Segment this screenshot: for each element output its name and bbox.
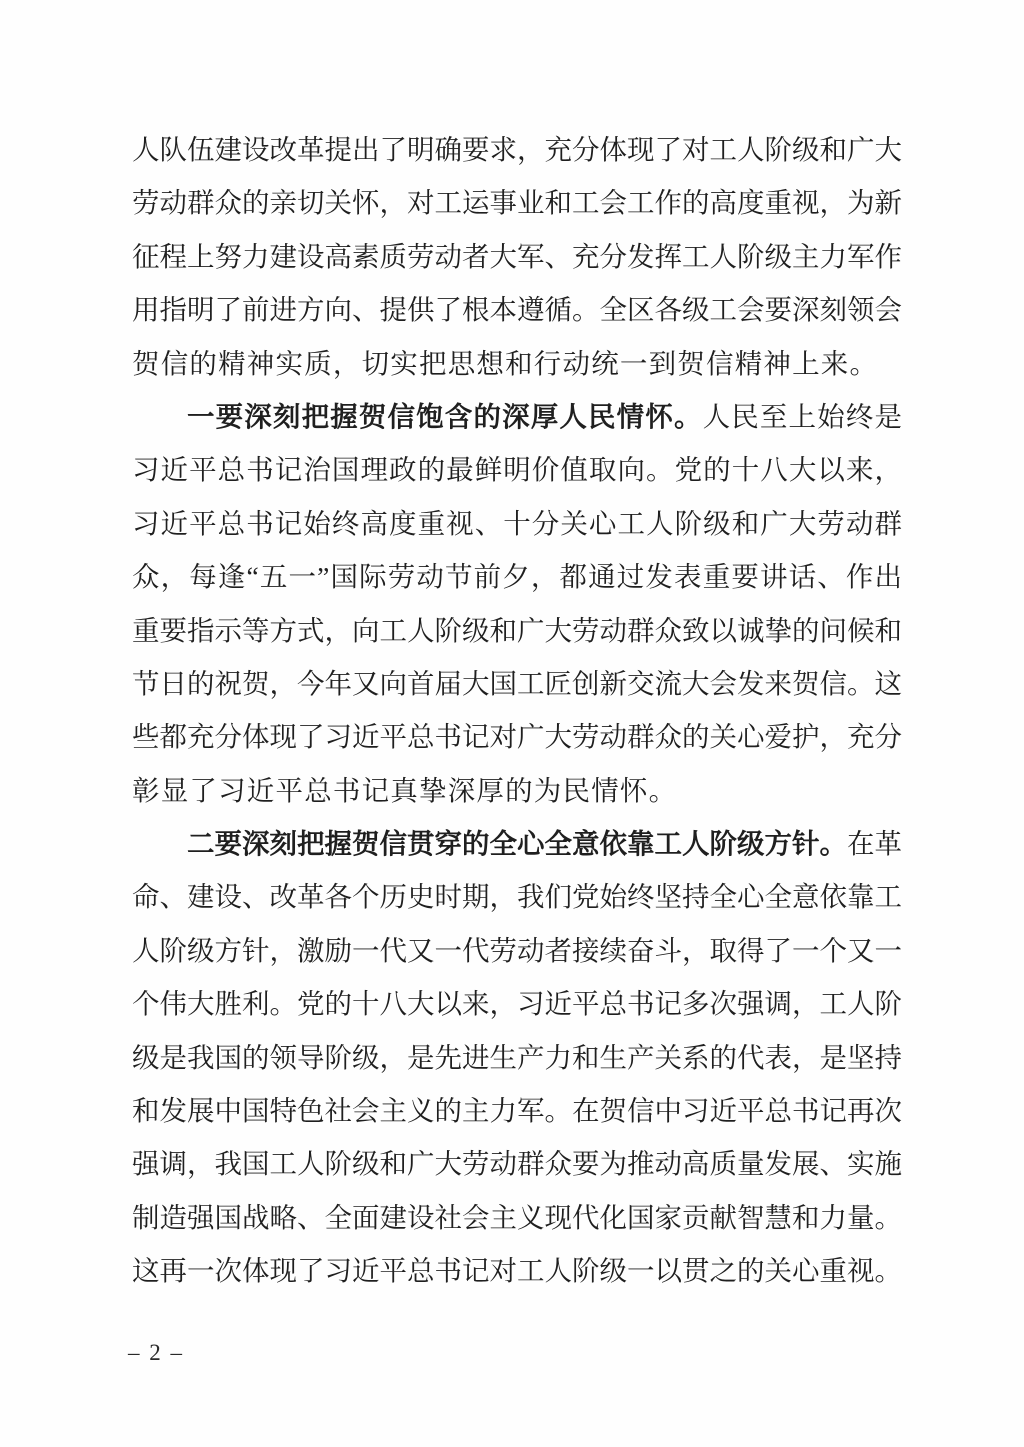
text-line: 重要指示等方式，向工人阶级和广大劳动群众致以诚挚的问候和	[132, 604, 902, 657]
body-text: 级是我国的领导阶级，是先进生产力和生产关系的代表，是坚持	[132, 1042, 902, 1073]
text-line: 习近平总书记始终高度重视、十分关心工人阶级和广大劳动群	[132, 497, 902, 550]
body-text: 众，每逢“五一”国际劳动节前夕，都通过发表重要讲话、作出	[132, 561, 902, 592]
body-text: 人民至上始终是	[703, 401, 902, 432]
document-page: 人队伍建设改革提出了明确要求，充分体现了对工人阶级和广大劳动群众的亲切关怀，对工…	[0, 0, 1024, 1447]
body-text: 和发展中国特色社会主义的主力军。在贺信中习近平总书记再次	[132, 1095, 902, 1126]
body-text: 人队伍建设改革提出了明确要求，充分体现了对工人阶级和广大	[132, 134, 902, 165]
text-line: 二要深刻把握贺信贯穿的全心全意依靠工人阶级方针。在革	[132, 817, 902, 870]
document-lines: 人队伍建设改革提出了明确要求，充分体现了对工人阶级和广大劳动群众的亲切关怀，对工…	[132, 123, 902, 1298]
body-text: 征程上努力建设高素质劳动者大军、充分发挥工人阶级主力军作	[132, 241, 902, 272]
emphasis-text: 二要深刻把握贺信贯穿的全心全意依靠工人阶级方针。	[187, 828, 847, 859]
body-text: 节日的祝贺，今年又向首届大国工匠创新交流大会发来贺信。这	[132, 668, 902, 699]
text-line: 这再一次体现了习近平总书记对工人阶级一以贯之的关心重视。	[132, 1244, 902, 1297]
text-line: 级是我国的领导阶级，是先进生产力和生产关系的代表，是坚持	[132, 1031, 902, 1084]
page-number: – 2 –	[128, 1338, 184, 1368]
body-text: 个伟大胜利。党的十八大以来，习近平总书记多次强调，工人阶	[132, 988, 902, 1019]
body-text: 重要指示等方式，向工人阶级和广大劳动群众致以诚挚的问候和	[132, 615, 902, 646]
text-line: 些都充分体现了习近平总书记对广大劳动群众的关心爱护，充分	[132, 710, 902, 763]
body-text: 强调，我国工人阶级和广大劳动群众要为推动高质量发展、实施	[132, 1148, 902, 1179]
text-line: 用指明了前进方向、提供了根本遵循。全区各级工会要深刻领会	[132, 283, 902, 336]
body-text: 贺信的精神实质，切实把思想和行动统一到贺信精神上来。	[132, 348, 878, 379]
body-text: 习近平总书记治国理政的最鲜明价值取向。党的十八大以来，	[132, 454, 902, 485]
text-line: 贺信的精神实质，切实把思想和行动统一到贺信精神上来。	[132, 337, 902, 390]
text-line: 和发展中国特色社会主义的主力军。在贺信中习近平总书记再次	[132, 1084, 902, 1137]
body-text: 在革	[847, 828, 902, 859]
body-text: 劳动群众的亲切关怀，对工运事业和工会工作的高度重视，为新	[132, 187, 902, 218]
text-line: 节日的祝贺，今年又向首届大国工匠创新交流大会发来贺信。这	[132, 657, 902, 710]
text-line: 习近平总书记治国理政的最鲜明价值取向。党的十八大以来，	[132, 443, 902, 496]
text-line: 一要深刻把握贺信饱含的深厚人民情怀。人民至上始终是	[132, 390, 902, 443]
body-text: 彰显了习近平总书记真挚深厚的为民情怀。	[132, 775, 677, 806]
emphasis-text: 一要深刻把握贺信饱含的深厚人民情怀。	[187, 401, 703, 432]
body-text: 制造强国战略、全面建设社会主义现代化国家贡献智慧和力量。	[132, 1202, 902, 1233]
text-line: 彰显了习近平总书记真挚深厚的为民情怀。	[132, 764, 902, 817]
body-text: 习近平总书记始终高度重视、十分关心工人阶级和广大劳动群	[132, 508, 902, 539]
body-text: 命、建设、改革各个历史时期，我们党始终坚持全心全意依靠工	[132, 881, 902, 912]
body-text: 人阶级方针，激励一代又一代劳动者接续奋斗，取得了一个又一	[132, 935, 902, 966]
text-line: 劳动群众的亲切关怀，对工运事业和工会工作的高度重视，为新	[132, 176, 902, 229]
text-line: 制造强国战略、全面建设社会主义现代化国家贡献智慧和力量。	[132, 1191, 902, 1244]
body-text: 些都充分体现了习近平总书记对广大劳动群众的关心爱护，充分	[132, 721, 902, 752]
text-line: 强调，我国工人阶级和广大劳动群众要为推动高质量发展、实施	[132, 1137, 902, 1190]
body-text: 用指明了前进方向、提供了根本遵循。全区各级工会要深刻领会	[132, 294, 902, 325]
text-line: 人队伍建设改革提出了明确要求，充分体现了对工人阶级和广大	[132, 123, 902, 176]
text-line: 命、建设、改革各个历史时期，我们党始终坚持全心全意依靠工	[132, 870, 902, 923]
text-line: 众，每逢“五一”国际劳动节前夕，都通过发表重要讲话、作出	[132, 550, 902, 603]
text-line: 个伟大胜利。党的十八大以来，习近平总书记多次强调，工人阶	[132, 977, 902, 1030]
text-line: 人阶级方针，激励一代又一代劳动者接续奋斗，取得了一个又一	[132, 924, 902, 977]
text-line: 征程上努力建设高素质劳动者大军、充分发挥工人阶级主力军作	[132, 230, 902, 283]
body-text: 这再一次体现了习近平总书记对工人阶级一以贯之的关心重视。	[132, 1255, 902, 1286]
